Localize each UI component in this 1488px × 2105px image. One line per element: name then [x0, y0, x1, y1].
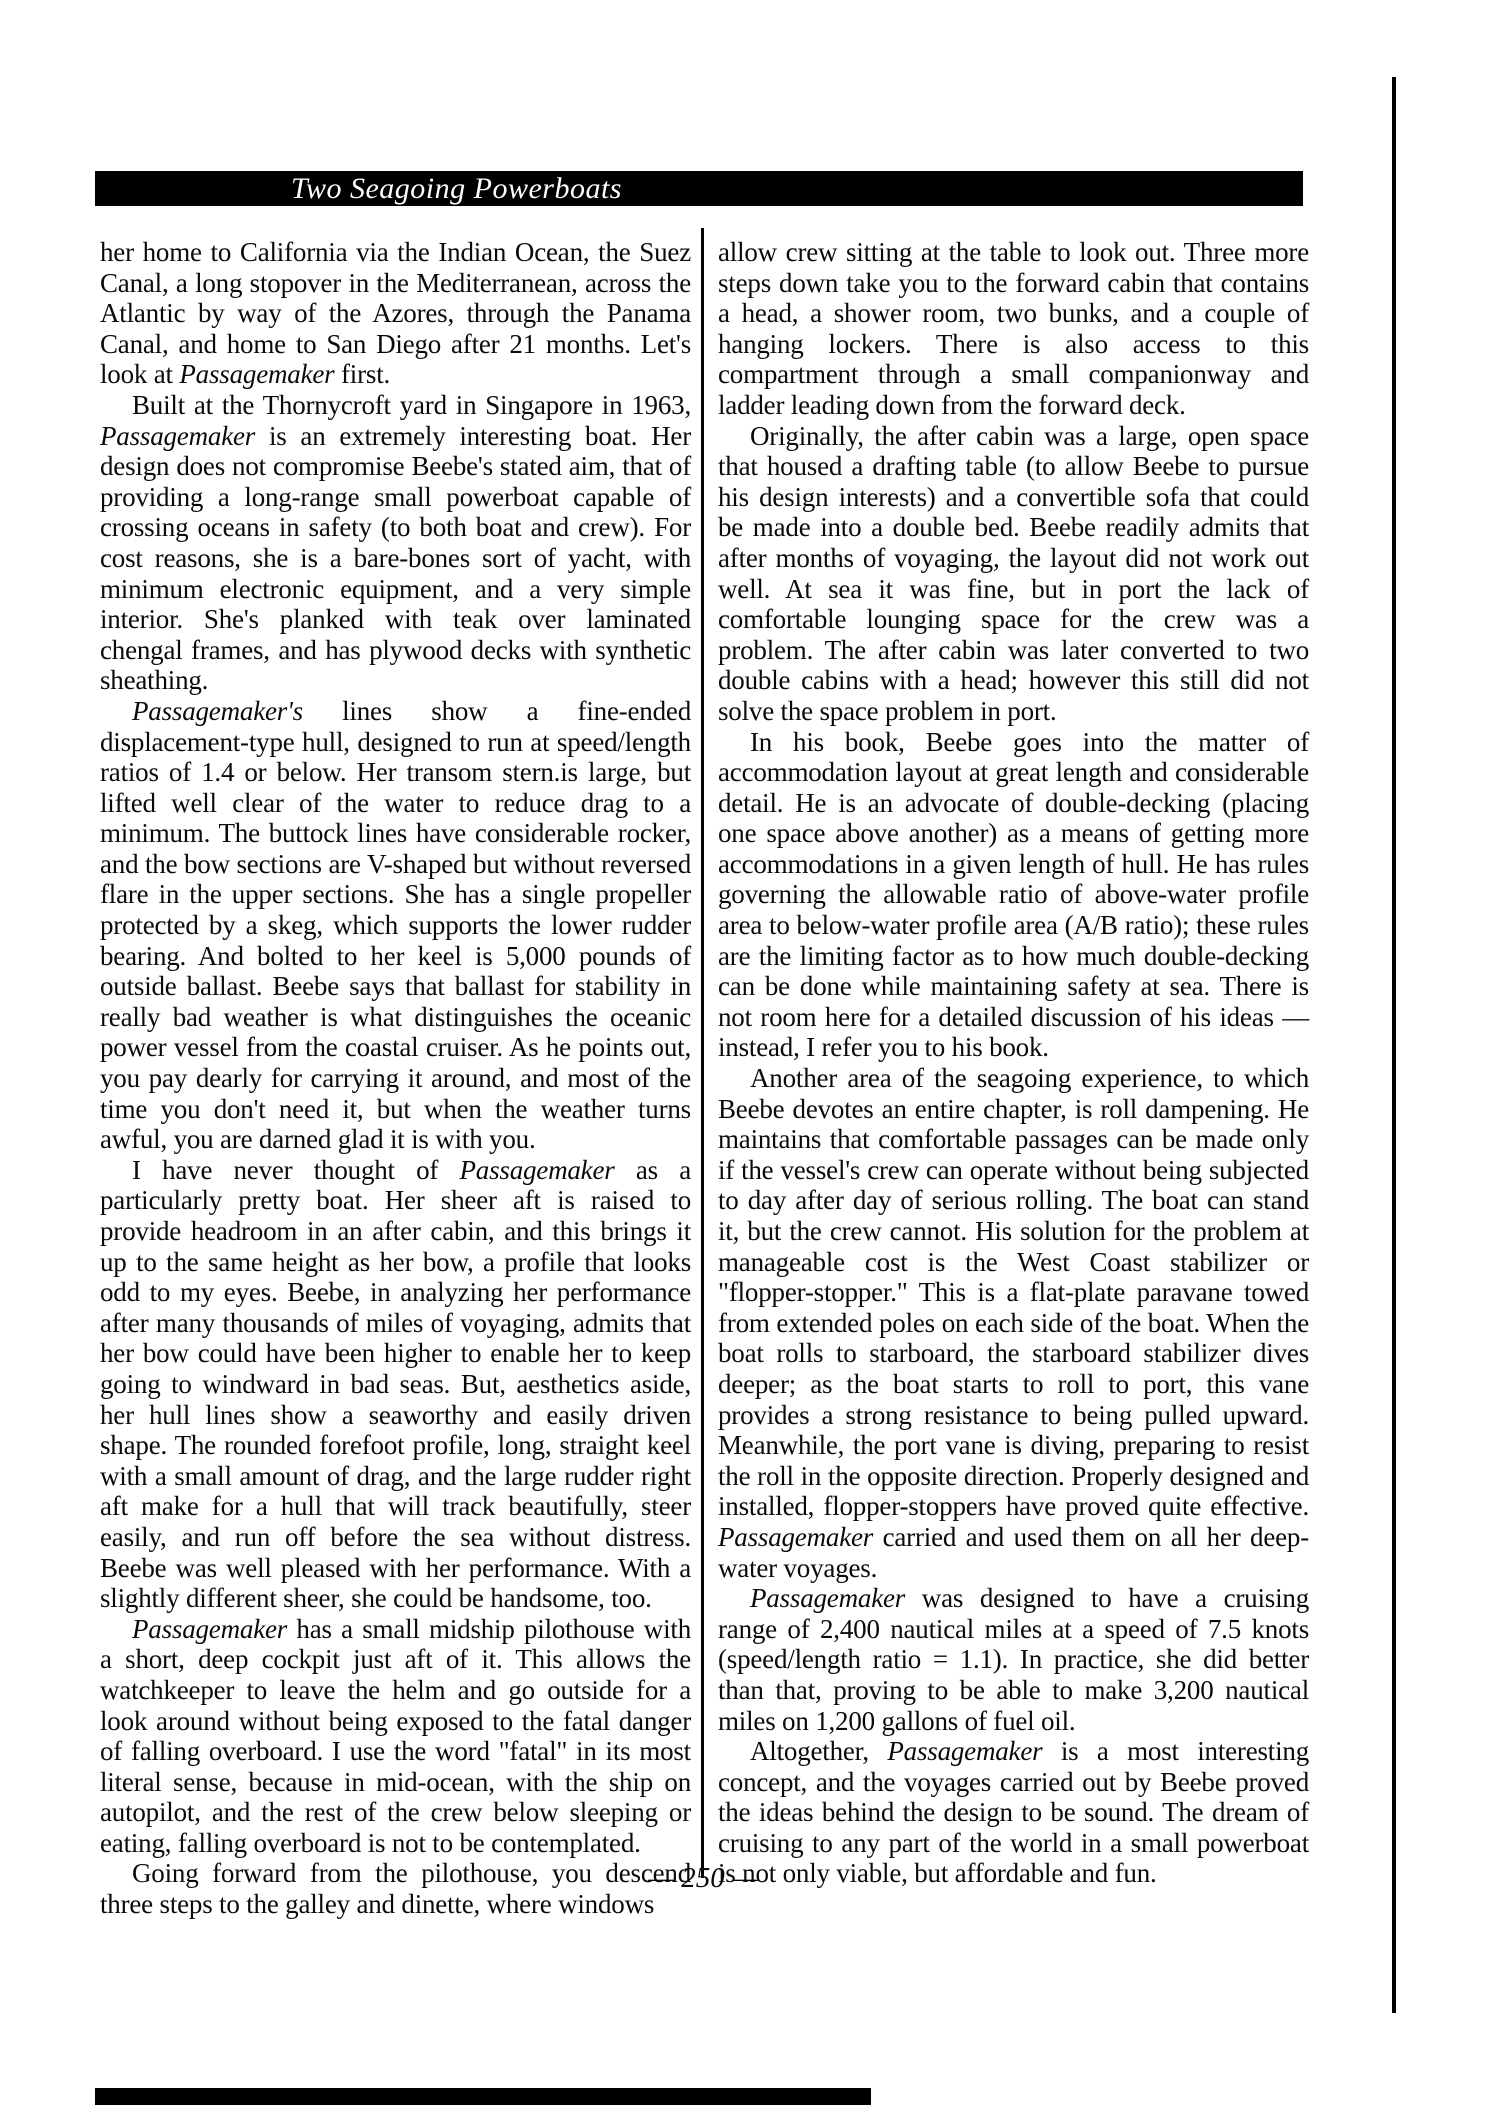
italic-text-run: Passagemaker [750, 1583, 905, 1613]
text-run: as a particularly pretty boat. Her sheer… [100, 1155, 691, 1613]
text-run: is an extremely interesting boat. Her de… [100, 421, 691, 696]
chapter-title: Two Seagoing Powerboats [95, 172, 622, 206]
text-column-right: allow crew sitting at the table to look … [718, 237, 1309, 1920]
italic-text-run: Passagemaker [100, 421, 255, 451]
text-run: Built at the Thornycroft yard in Singapo… [132, 390, 691, 420]
text-run: In his book, Beebe goes into the matter … [718, 727, 1309, 1063]
text-column-left: her home to California via the Indian Oc… [100, 237, 691, 1920]
text-run: lines show a fine-ended displacement-typ… [100, 696, 691, 1154]
paragraph: Another area of the seagoing experience,… [718, 1063, 1309, 1583]
italic-text-run: Passagemaker [718, 1522, 873, 1552]
text-run: I have never thought of [132, 1155, 459, 1185]
italic-text-run: Passagemaker's [132, 696, 303, 726]
paragraph: her home to California via the Indian Oc… [100, 237, 691, 390]
italic-text-run: Passagemaker [887, 1736, 1042, 1766]
chapter-header-bar: Two Seagoing Powerboats [95, 171, 1303, 206]
text-run: has a small midship pilothouse with a sh… [100, 1614, 691, 1858]
text-run: Another area of the seagoing experience,… [718, 1063, 1309, 1521]
bottom-edge-bar [95, 2088, 871, 2105]
book-page: Two Seagoing Powerboats her home to Cali… [0, 0, 1488, 2105]
text-run: allow crew sitting at the table to look … [718, 237, 1309, 420]
paragraph: Passagemaker was designed to have a crui… [718, 1583, 1309, 1736]
italic-text-run: Passagemaker [132, 1614, 287, 1644]
paragraph: In his book, Beebe goes into the matter … [718, 727, 1309, 1064]
paragraph: Passagemaker's lines show a fine-ended d… [100, 696, 691, 1155]
italic-text-run: Passagemaker [459, 1155, 614, 1185]
text-run: first. [334, 359, 390, 389]
italic-text-run: Passagemaker [179, 359, 334, 389]
text-run: Originally, the after cabin was a large,… [718, 421, 1309, 726]
paragraph: Originally, the after cabin was a large,… [718, 421, 1309, 727]
text-run: Altogether, [750, 1736, 887, 1766]
paragraph: allow crew sitting at the table to look … [718, 237, 1309, 421]
page-number: — 250 — [578, 1862, 828, 1895]
paragraph: Passagemaker has a small midship pilotho… [100, 1614, 691, 1859]
page-edge-rule [1392, 77, 1396, 2013]
paragraph: I have never thought of Passagemaker as … [100, 1155, 691, 1614]
paragraph: Built at the Thornycroft yard in Singapo… [100, 390, 691, 696]
text-body: her home to California via the Indian Oc… [100, 237, 1310, 1920]
